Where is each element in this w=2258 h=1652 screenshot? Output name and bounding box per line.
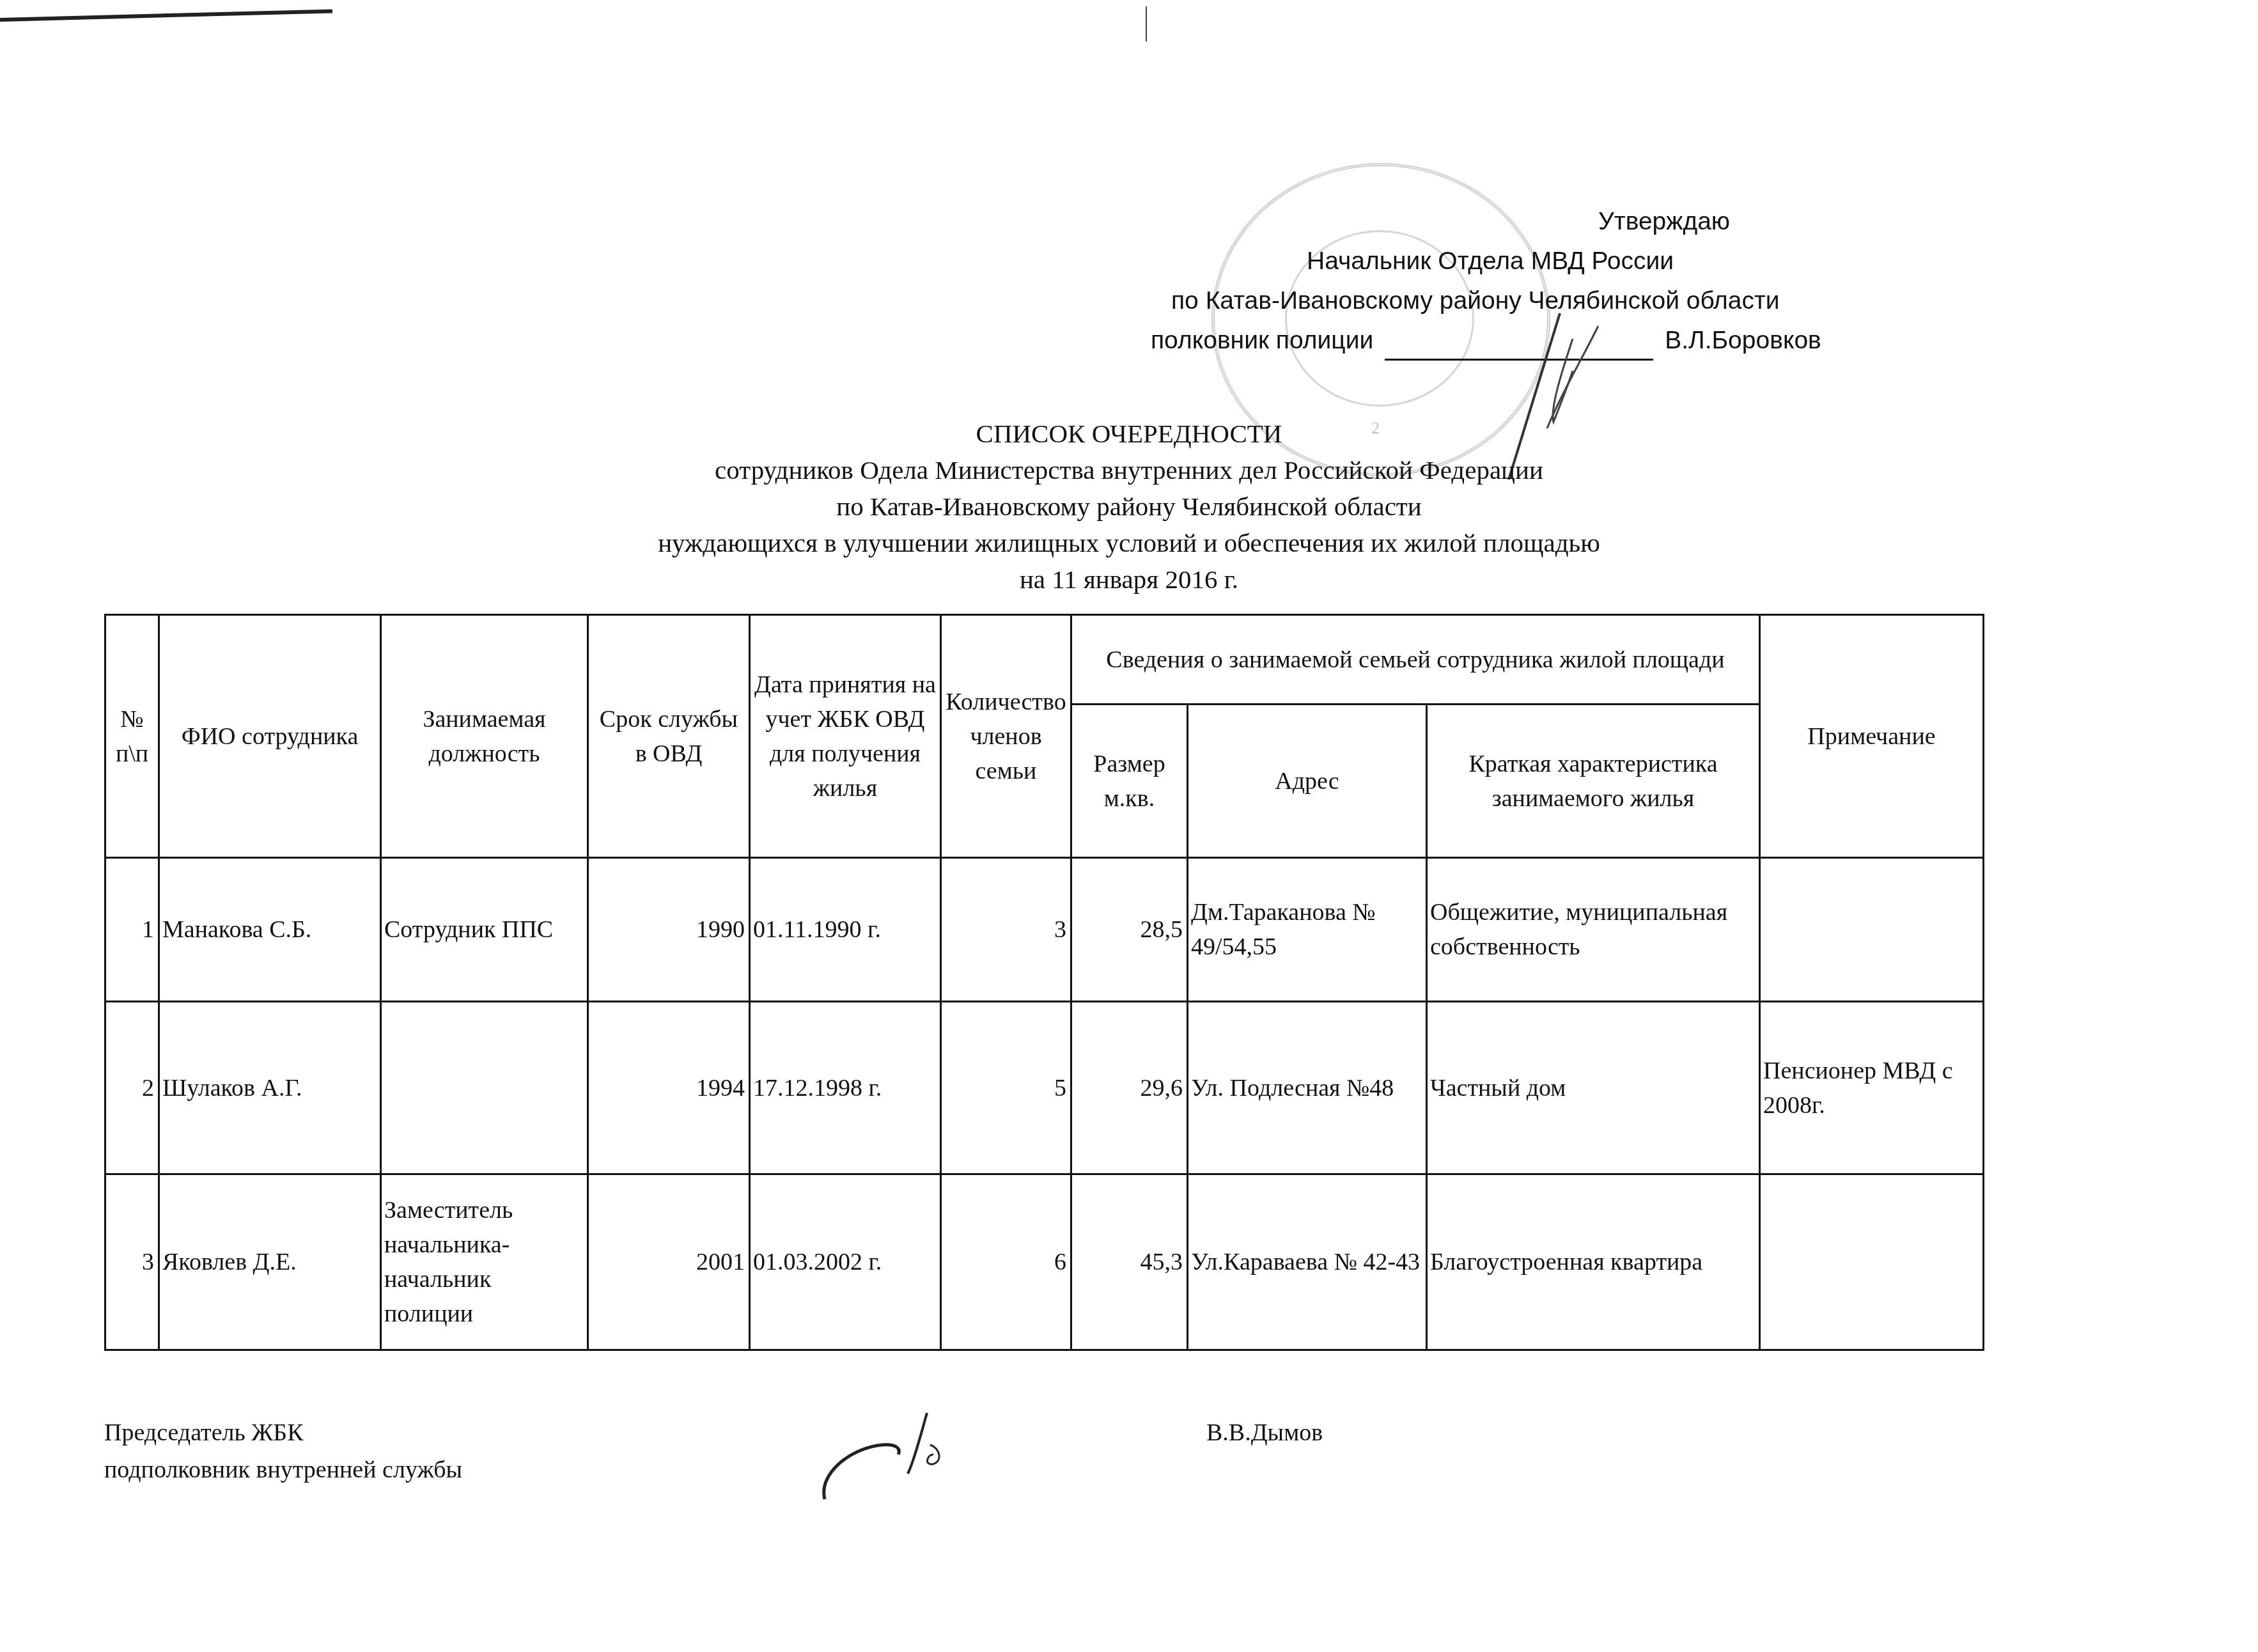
cell-note <box>1760 1174 1984 1350</box>
header-housing-group: Сведения о занимаемой семьей сотрудника … <box>1071 615 1760 705</box>
cell-family-count: 3 <box>941 858 1071 1002</box>
cell-service-term: 1990 <box>588 858 750 1002</box>
cell-position: Сотрудник ППС <box>381 858 588 1002</box>
cell-size: 29,6 <box>1071 1002 1188 1174</box>
approval-region: по Катав-Ивановскому району Челябинской … <box>1171 281 1780 321</box>
document-subtitle-2: по Катав-Ивановскому району Челябинской … <box>0 488 2258 525</box>
document-title-block: СПИСОК ОЧЕРЕДНОСТИ сотрудников Одела Мин… <box>0 416 2258 598</box>
document-subtitle-3: нуждающихся в улучшении жилищных условий… <box>0 525 2258 561</box>
cell-fio: Манакова С.Б. <box>159 858 381 1002</box>
approval-signatory: В.Л.Боровков <box>1665 327 1821 354</box>
cell-registration-date: 01.11.1990 г. <box>750 858 941 1002</box>
cell-address: Ул.Караваева № 42-43 <box>1188 1174 1427 1350</box>
approval-heading: Утверждаю <box>1598 202 1730 242</box>
footer-name: В.В.Дымов <box>1206 1414 1323 1451</box>
document-heading: СПИСОК ОЧЕРЕДНОСТИ <box>0 416 2258 452</box>
cell-fio: Яковлев Д.Е. <box>159 1174 381 1350</box>
cell-address: Ул. Подлесная №48 <box>1188 1002 1427 1174</box>
scan-mark <box>1146 6 1147 42</box>
footer-title: Председатель ЖБК <box>104 1414 462 1451</box>
approval-rank: полковник полиции <box>1151 327 1373 354</box>
document-subtitle-1: сотрудников Одела Министерства внутренни… <box>0 452 2258 488</box>
cell-address: Дм.Тараканова № 49/54,55 <box>1188 858 1427 1002</box>
footer-signatory-block: Председатель ЖБК подполковник внутренней… <box>104 1414 462 1488</box>
header-num: № п\п <box>105 615 159 858</box>
table-row: 2 Шулаков А.Г. 1994 17.12.1998 г. 5 29,6… <box>105 1002 1984 1174</box>
cell-service-term: 2001 <box>588 1174 750 1350</box>
cell-service-term: 1994 <box>588 1002 750 1174</box>
table-row: 1 Манакова С.Б. Сотрудник ППС 1990 01.11… <box>105 858 1984 1002</box>
cell-characteristic: Общежитие, муниципальная собственность <box>1427 858 1760 1002</box>
cell-position <box>381 1002 588 1174</box>
cell-characteristic: Благоустроенная квартира <box>1427 1174 1760 1350</box>
cell-size: 28,5 <box>1071 858 1188 1002</box>
cell-size: 45,3 <box>1071 1174 1188 1350</box>
header-service-term: Срок службы в ОВД <box>588 615 750 858</box>
cell-num: 3 <box>105 1174 159 1350</box>
cell-position: Заместитель начальника-начальник полиции <box>381 1174 588 1350</box>
cell-num: 2 <box>105 1002 159 1174</box>
cell-note <box>1760 858 1984 1002</box>
header-registration-date: Дата принятия на учет ЖБК ОВД для получе… <box>750 615 941 858</box>
header-position: Занимаемая должность <box>381 615 588 858</box>
cell-family-count: 6 <box>941 1174 1071 1350</box>
footer-rank: подполковник внутренней службы <box>104 1451 462 1488</box>
header-fio: ФИО сотрудника <box>159 615 381 858</box>
table-row: 3 Яковлев Д.Е. Заместитель начальника-на… <box>105 1174 1984 1350</box>
document-date: на 11 января 2016 г. <box>0 561 2258 598</box>
approval-position: Начальник Отдела МВД России <box>1307 242 1674 281</box>
cell-note: Пенсионер МВД с 2008г. <box>1760 1002 1984 1174</box>
header-address: Адрес <box>1188 705 1427 858</box>
table-header-row: № п\п ФИО сотрудника Занимаемая должност… <box>105 615 1984 705</box>
cell-characteristic: Частный дом <box>1427 1002 1760 1174</box>
cell-family-count: 5 <box>941 1002 1071 1174</box>
cell-registration-date: 17.12.1998 г. <box>750 1002 941 1174</box>
header-family-count: Количество членов семьи <box>941 615 1071 858</box>
header-characteristic: Краткая характеристика занимаемого жилья <box>1427 705 1760 858</box>
cell-num: 1 <box>105 858 159 1002</box>
scan-edge-line <box>0 9 332 22</box>
chairman-signature-icon <box>812 1410 1042 1512</box>
cell-registration-date: 01.03.2002 г. <box>750 1174 941 1350</box>
header-note: Примечание <box>1760 615 1984 858</box>
header-size: Размер м.кв. <box>1071 705 1188 858</box>
queue-table: № п\п ФИО сотрудника Занимаемая должност… <box>104 614 1984 1351</box>
cell-fio: Шулаков А.Г. <box>159 1002 381 1174</box>
